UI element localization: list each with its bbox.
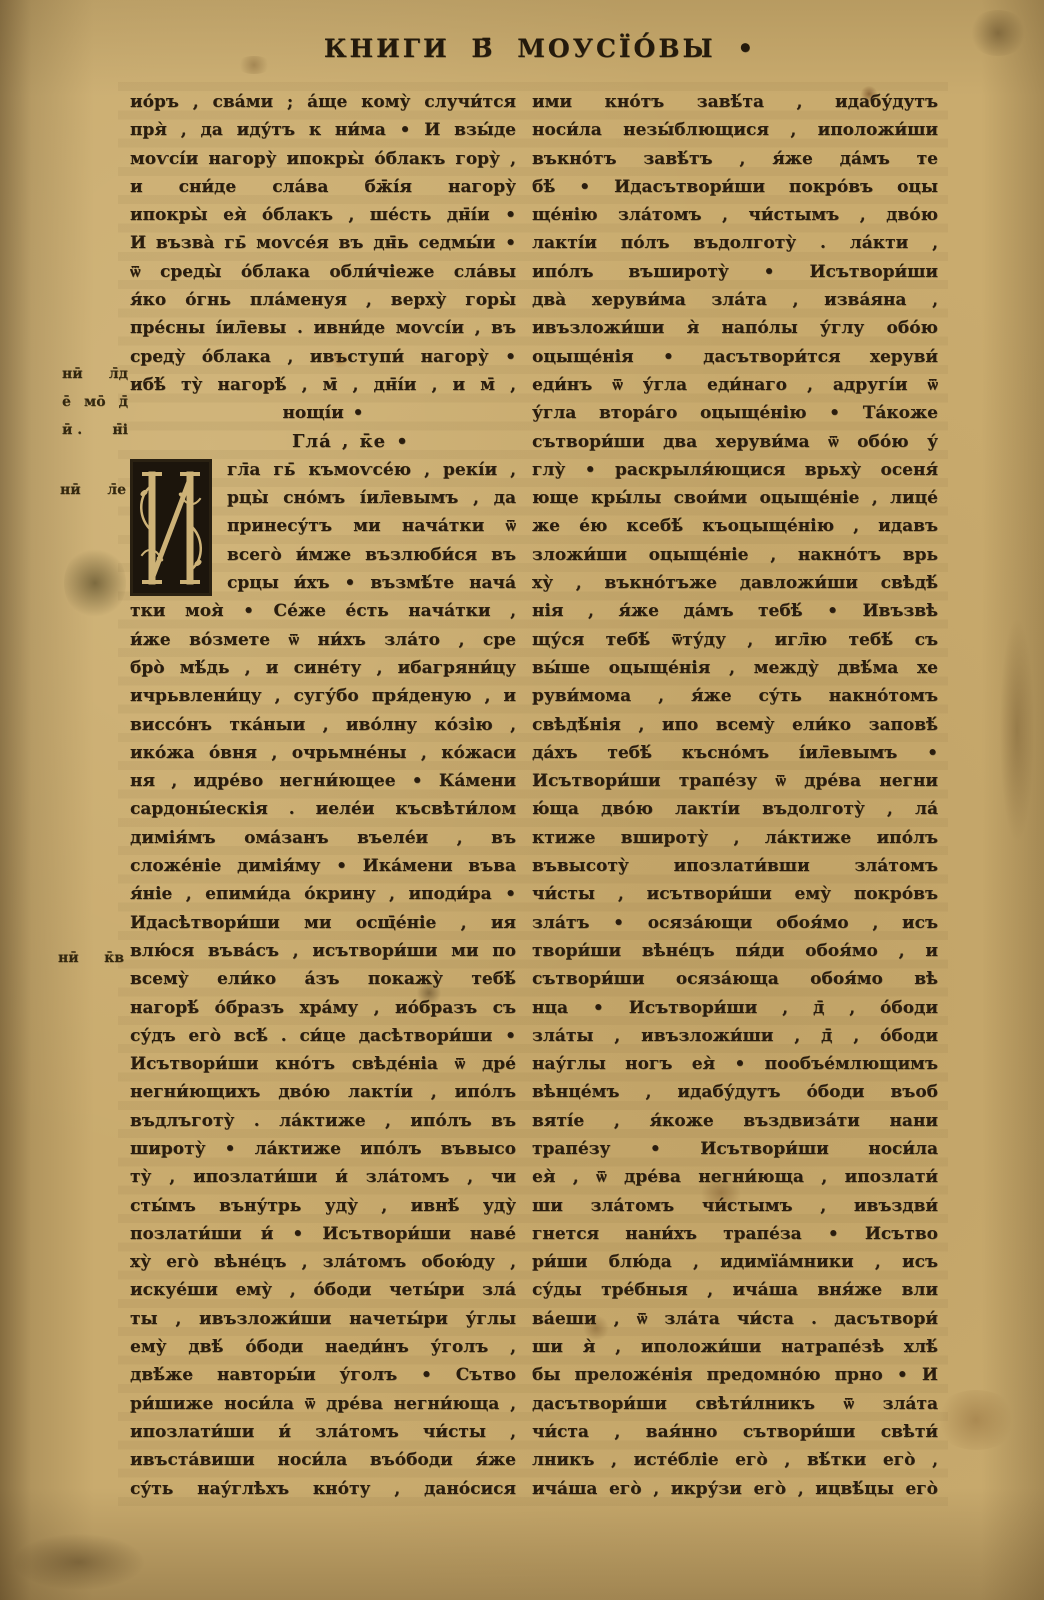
text-line: трапе́зу • Исътвори́ши носи́ла [532,1135,938,1163]
text-line: принесу́тъ ми нача́тки ѿ [227,512,516,540]
running-head: КНИГИ В̄ МОУСЇО́ВЫ • [0,34,1044,63]
text-line: глу̀ • раскрыля́ющися врьху̀ осеня́ [532,456,938,484]
text-line: бѣ́ • Идасътвори́ши покро́въ оцы [532,173,938,201]
text-line: бы преложе́нія предомно́ю прно • И [532,1361,938,1389]
text-line: вѣнце́мъ , идабу́дутъ о́боди въоб [532,1078,938,1106]
margin-note-token: нӣ [62,360,83,388]
margin-note: нӣл̄де̄мо̄д̄ӣ .н̄і [62,360,128,444]
text-line: тки моя̀ • Се́же е́сть нача́тки , [130,597,516,625]
text-line: два̀ херуви́ма зла́та , изва́яна , [532,286,938,314]
margin-note-token: мо̄ [84,388,106,416]
text-line: нощі́и • [130,399,516,427]
text-line: ту̀ , ипозлати́ши и́ зла́томъ , чи [130,1163,516,1191]
text-line: су́ды тре́бныя , ича́ша вня́же вли [532,1276,938,1304]
text-line: щу́ся тебѣ́ ѿту́ду , игл̄ю тебѣ́ съ [532,626,938,654]
text-line: вяті́е , я́коже въздвиза́ти нани [532,1107,938,1135]
text-line: вы́ше оцыще́нія , между̀ двѣ́ма хе [532,654,938,682]
text-line: чи́ста , вая́нно сътвори́ши свѣти́ [532,1418,938,1446]
margin-note: нӣл̄е [60,476,126,504]
text-line: зла́ты , ивъзложи́ши , д̄ , о́боди [532,1022,938,1050]
text-line: свѣдѣ́нія , ипо всему̀ ели́ко заповѣ́ [532,711,938,739]
dropcap-adjacent-lines: гл̄а гь̄ къмоѵсе́ю , рекі́и ,рцы̀ сно́мъ… [227,456,516,597]
text-line: гл̄а гь̄ къмоѵсе́ю , рекі́и , [227,456,516,484]
text-line: твори́ши вѣне́цъ пя́ди обоя́мо , и [532,937,938,965]
text-line: пря̀ , да иду́тъ к ни́ма • И взы́де [130,116,516,144]
text-line: ича́ша его̀ , икру́зи его̀ , ицвѣ́цы его… [532,1475,938,1503]
paper-stain [1000,620,1034,840]
text-line: ю́ща дво́ю лакті́и въдолготу̀ , ла́ [532,795,938,823]
text-line: искуе́ши ему̀ , о́боди четы́ри зла́ [130,1276,516,1304]
text-line: и́же во́змете ѿ ни́хъ зла́то , сре [130,626,516,654]
text-line: ипозлати́ши и́ зла́томъ чи́сты , [130,1418,516,1446]
margin-note-token: е̄ [62,388,71,416]
chapter-heading: Гла́ , к̄е • [130,428,516,456]
text-line: сътвори́ши два херуви́ма ѿ обо́ю у́ [532,428,938,456]
text-line: ипо́лъ въшироту̀ • Исътвори́ши [532,258,938,286]
text-line: Идасѣтвори́ши ми осщ̄е́ніе , ия [130,909,516,937]
text-line: ико́жа о́вня , очрьмне́ны , ко́жаси [130,739,516,767]
text-line: ио́ръ , сва́ми ; а́ще кому̀ случи́тся [130,88,516,116]
text-line: ху̀ его̀ вѣне́цъ , зла́томъ обою́ду , [130,1248,516,1276]
text-line: лакті́и по́лъ въдолготу̀ . ла́кти , [532,229,938,257]
text-line: сложе́ніе димія́му • Ика́мени въва [130,852,516,880]
text-line: ня , идре́во негни́ющее • Ка́мени [130,767,516,795]
text-line: пре́сны і́ил̄евы . ивни́де моѵсі́и , въ [130,314,516,342]
text-column-left: ио́ръ , сва́ми ; а́ще кому̀ случи́тсяпря… [130,88,516,1503]
text-line: руви́мома , я́же су́ть накно́томъ [532,682,938,710]
text-line: дасътвори́ши свѣти́лникъ ѿ зла́та [532,1390,938,1418]
text-line: еди́нъ ѿ у́гла еди́наго , адругі́и ѿ [532,371,938,399]
text-line: ими кно́тъ завѣ́та , идабу́дутъ [532,88,938,116]
text-line: оцыще́нія • дасътвори́тся херуви́ [532,343,938,371]
text-line: срцы и́хъ • възмѣ́те нача́ [227,569,516,597]
text-line: И възва̀ гь̄ моѵсе́я въ дн̄ь седмы́и • [130,229,516,257]
text-line: зла́тъ • осяза́ющи обоя́мо , исъ [532,909,938,937]
text-column-right: ими кно́тъ завѣ́та , идабу́дутъноси́ла н… [532,88,938,1503]
text-line: сътвори́ши осяза́юща обоя́мо вѣ [532,965,938,993]
margin-note-row: нӣл̄е [60,476,126,504]
column-lines: ими кно́тъ завѣ́та , идабу́дутъноси́ла н… [532,88,938,1503]
text-line: моѵсі́и нагору̀ ипокры̀ о́блакъ гору̀ , [130,145,516,173]
margin-note-token: нӣ [58,944,79,972]
text-line: су́дъ его̀ всѣ́ . си́це дасѣтвори́ши • [130,1022,516,1050]
text-line: ивъзложи́ши я̀ напо́лы у́глу обо́ю [532,314,938,342]
text-line: рцы̀ сно́мъ і́ил̄евымъ , да [227,484,516,512]
text-line: въдлъготу̀ . ла́ктиже , ипо́лъ въ [130,1107,516,1135]
margin-note-token: л̄е [107,476,126,504]
text-line: негни́ющихъ дво́ю лакті́и , ипо́лъ [130,1078,516,1106]
text-line: нца • Исътвори́ши , д̄ , о́боди [532,994,938,1022]
text-line: ѿ среды̀ о́блака обли́чіеже сла́вы гн̄я [130,258,516,286]
text-line: у́гла втора́го оцыще́нію • Та́коже [532,399,938,427]
column-top-lines: ио́ръ , сва́ми ; а́ще кому̀ случи́тсяпря… [130,88,516,399]
text-line: сты́мъ въну́трь уду̀ , ивнѣ́ уду̀ [130,1192,516,1220]
text-line: въкно́тъ завѣ́тъ , я́же да́мъ те [532,145,938,173]
text-line: гнется нани́хъ трапе́за • Исътво [532,1220,938,1248]
margin-note-row: нӣк̄в [58,944,124,972]
text-line: носи́ла незы́блющися , иположи́ши [532,116,938,144]
text-line: виссо́нъ тка́ныи , иво́лну ко́зію , [130,711,516,739]
text-line: я́ніе , епими́да о́крину , иподи́ра • [130,880,516,908]
text-line: ичрьвлени́цу , сугу́бо пря́деную , и [130,682,516,710]
text-line: ще́нію зла́томъ , чи́стымъ , дво́ю [532,201,938,229]
margin-note-row: е̄мо̄д̄ [62,388,128,416]
margin-note-token: л̄д [109,360,128,388]
margin-note-token: нӣ [60,476,81,504]
text-line: Исътвори́ши кно́тъ свѣде́ніа ѿ дре́ [130,1050,516,1078]
paper-stain [14,1534,144,1590]
text-line: всему̀ ели́ко а́зъ покажу̀ тебѣ́ [130,965,516,993]
text-line: позлати́ши и́ • Исътвори́ши наве́ [130,1220,516,1248]
margin-note-token: к̄в [104,944,124,972]
text-line: двѣ́же навторы́и у́голъ • Сътво [130,1361,516,1389]
text-line: да́хъ тебѣ́ късно́мъ і́ил̄евымъ • [532,739,938,767]
text-line: въвысоту̀ ипозлати́вши зла́томъ [532,852,938,880]
text-line: Исътвори́ши трапе́зу ѿ дре́ва негни [532,767,938,795]
dropcap-row: гл̄а гь̄ къмоѵсе́ю , рекі́и ,рцы̀ сно́мъ… [130,456,516,597]
margin-note-row: ӣ .н̄і [62,416,128,444]
text-line: ху̀ , въкно́тъже давложи́ши свѣдѣ́ [532,569,938,597]
text-line: ибѣ́ ту̀ нагорѣ́ , м̄ , дн̄і́и , и м̄ , [130,371,516,399]
text-line: ши я̀ , иположи́ши натрапе́зѣ хлѣ́ [532,1333,938,1361]
text-line: ивъста́виши носи́ла въо́боди я́же [130,1446,516,1474]
text-line: ему̀ двѣ́ о́боди наеди́нъ у́голъ , [130,1333,516,1361]
text-line: юще кры́лы свои́ми оцыще́ніе , лице́ [532,484,938,512]
text-line: широту̀ • ла́ктиже ипо́лъ въвысо [130,1135,516,1163]
text-line: нія , я́же да́мъ тебѣ́ • Ивъзвѣ [532,597,938,625]
text-line: чи́сты , исътвори́ши ему̀ покро́въ [532,880,938,908]
margin-note-token: д̄ [119,388,128,416]
text-line: ктиже вшироту̀ , ла́ктиже ипо́лъ [532,824,938,852]
text-line: су́ть нау́глѣхъ кно́ту , дано́сися [130,1475,516,1503]
text-line: ри́ши блю́да , идимїа́мники , исъ [532,1248,938,1276]
text-line: и сни́де сла́ва бж̄і́я нагору̀ сина́иску… [130,173,516,201]
text-line: сардоны́ескія . иеле́и късвѣти́лом [130,795,516,823]
paper-stain [64,546,126,620]
text-line: влю́ся въва́съ , исътвори́ши ми по [130,937,516,965]
text-line: ва́еши , ѿ зла́та чи́ста . дасътвори́ [532,1305,938,1333]
text-line: ри́шиже носи́ла ѿ дре́ва негни́юща , [130,1390,516,1418]
ornamental-initial-icon [130,459,212,596]
margin-note-row: нӣл̄д [62,360,128,388]
text-line: всего̀ и́мже възлюби́ся въ [227,541,516,569]
text-line: ея̀ , ѿ дре́ва негни́юща , ипозлати́ [532,1163,938,1191]
margin-note-token: ӣ . [62,416,82,444]
margin-note-token: н̄і [112,416,128,444]
text-line: зложи́ши оцыще́ніе , накно́тъ врь [532,541,938,569]
text-line: ши зла́томъ чи́стымъ , ивъздви́ [532,1192,938,1220]
text-line: нагорѣ́ о́бразъ хра́му , ио́бразъ съ [130,994,516,1022]
column-bottom-lines: тки моя̀ • Се́же е́сть нача́тки ,и́же во… [130,597,516,1503]
text-line: лникъ , исте́бліе его̀ , вѣ́тки его̀ , [532,1446,938,1474]
paper-stain [934,1390,1018,1450]
text-line: нау́глы ногъ ея̀ • пообъе́млющимъ [532,1050,938,1078]
text-line: бро̀ мѣ́дь , и сине́ту , ибагряни́цу [130,654,516,682]
text-line: димія́мъ ома́занъ въеле́и , въ [130,824,516,852]
margin-note: нӣк̄в [58,944,124,972]
text-line: среду̀ о́блака , ивъступи́ нагору̀ • [130,343,516,371]
text-line: ипокры̀ ея̀ о́блакъ , ше́сть дн̄і́и • [130,201,516,229]
text-line: я́ко о́гнь пла́менуя , верху̀ горы̀ [130,286,516,314]
text-line: же е́ю ксебѣ́ къоцыще́нію , идавъ [532,512,938,540]
text-line: ты , ивъзложи́ши начеты́ри у́глы [130,1305,516,1333]
scanned-book-page: КНИГИ В̄ МОУСЇО́ВЫ • нӣл̄де̄мо̄д̄ӣ .н̄і … [0,0,1044,1600]
